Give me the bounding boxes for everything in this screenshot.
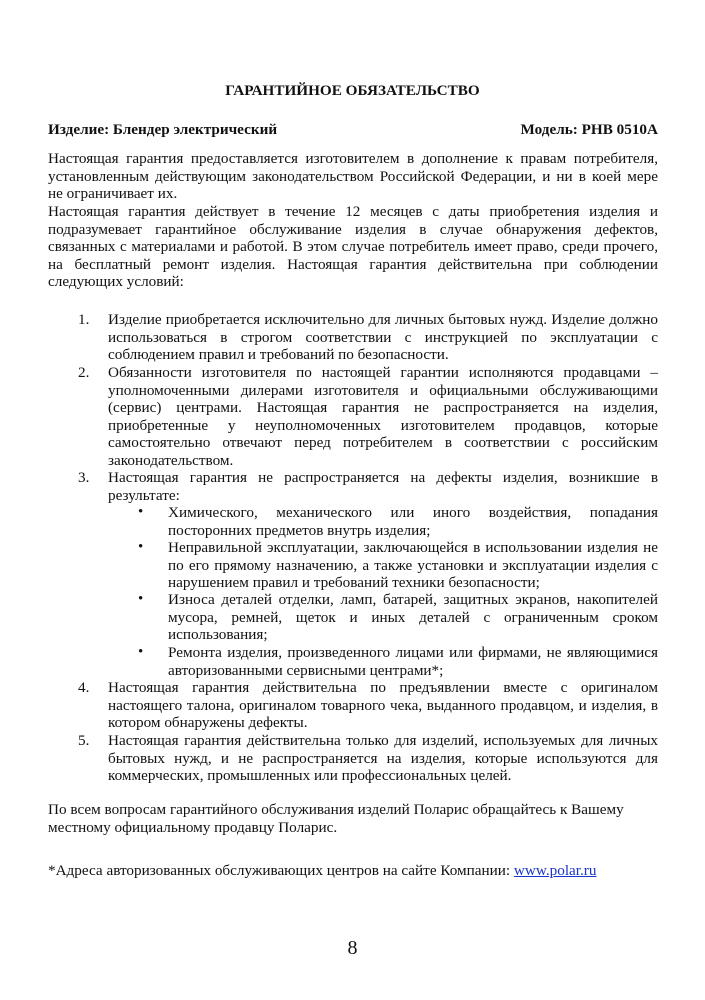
text-line: авторизованными сервисными центрами*; <box>168 662 658 680</box>
text-line: котором обнаружены дефекты. <box>108 714 658 732</box>
text-line: самостоятельно отвечают перед потребител… <box>108 434 658 452</box>
text-line: Настоящая гарантия действует в течение 1… <box>48 203 658 221</box>
text-line: законодательством. <box>108 452 658 470</box>
text-line: уполномоченными дилерами изготовителя и … <box>108 382 658 400</box>
text-line: Настоящая гарантия предоставляется изгот… <box>48 150 658 168</box>
footnote-text: *Адреса авторизованных обслуживающих цен… <box>48 862 514 879</box>
page-number: 8 <box>0 937 705 960</box>
text-line: следующих условий: <box>48 273 658 291</box>
text-line: (сервис) центрами. Настоящая гарантия не… <box>108 399 658 417</box>
text-line: на бесплатный ремонт изделия. Настоящая … <box>48 256 658 274</box>
text-line: по его прямому назначению, а также устан… <box>168 557 658 575</box>
text-line: подразумевает гарантийное обслуживание и… <box>48 221 658 239</box>
text-line: настоящего талона, оригиналом товарного … <box>108 697 658 715</box>
text-line: не ограничивает их. <box>48 185 658 203</box>
text-line: соблюдением правил и требований по безоп… <box>108 346 658 364</box>
bullet-icon: • <box>138 591 152 608</box>
condition-number: 1. <box>78 311 102 329</box>
condition-number: 3. <box>78 469 102 487</box>
text-line: местному официальному продавцу Поларис. <box>48 819 658 837</box>
text-line: Неправильной эксплуатации, заключающейся… <box>168 539 658 557</box>
product-label: Изделие: Блендер электрический <box>48 121 277 139</box>
condition-number: 4. <box>78 679 102 697</box>
text-line: коммерческих, промышленных или профессио… <box>108 767 658 785</box>
intro-paragraph-2: Настоящая гарантия действует в течение 1… <box>48 203 658 291</box>
document-page: ГАРАНТИЙНОЕ ОБЯЗАТЕЛЬСТВО Изделие: Бленд… <box>0 0 705 1000</box>
text-line: Настоящая гарантия действительна только … <box>108 732 658 750</box>
product-header: Изделие: Блендер электрический Модель: P… <box>48 121 658 139</box>
text-line: бытовых нужд, и не распространяется на и… <box>108 750 658 768</box>
text-line: Химического, механического или иного воз… <box>168 504 658 522</box>
intro-paragraph-1: Настоящая гарантия предоставляется изгот… <box>48 150 658 203</box>
text-line: По всем вопросам гарантийного обслуживан… <box>48 801 658 819</box>
text-line: Настоящая гарантия действительна по пред… <box>108 679 658 697</box>
contact-paragraph: По всем вопросам гарантийного обслуживан… <box>48 801 658 836</box>
text-line: результате: <box>108 487 658 505</box>
text-line: посторонних предметов внутрь изделия; <box>168 522 658 540</box>
text-line: мусора, ремней, щеток и иных деталей с о… <box>168 609 658 627</box>
bullet-icon: • <box>138 504 152 521</box>
text-line: использования; <box>168 626 658 644</box>
text-line: Обязанности изготовителя по настоящей га… <box>108 364 658 382</box>
text-line: Настоящая гарантия не распространяется н… <box>108 469 658 487</box>
text-line: Износа деталей отделки, ламп, батарей, з… <box>168 591 658 609</box>
text-line: Ремонта изделия, произведенного лицами и… <box>168 644 658 662</box>
text-line: нарушением правил и требований техники б… <box>168 574 658 592</box>
bullet-icon: • <box>138 539 152 556</box>
condition-number: 5. <box>78 732 102 750</box>
bullet-icon: • <box>138 644 152 661</box>
text-line: использоваться в строгом соответствии с … <box>108 329 658 347</box>
condition-number: 2. <box>78 364 102 382</box>
footnote: *Адреса авторизованных обслуживающих цен… <box>48 862 658 880</box>
text-line: установленным действующим законодательст… <box>48 168 658 186</box>
polar-website-link[interactable]: www.polar.ru <box>514 862 597 879</box>
text-line: Изделие приобретается исключительно для … <box>108 311 658 329</box>
text-line: приобретенные у неуполномоченных изготов… <box>108 417 658 435</box>
document-title: ГАРАНТИЙНОЕ ОБЯЗАТЕЛЬСТВО <box>0 82 705 100</box>
model-label: Модель: PHB 0510A <box>521 121 658 139</box>
text-line: связанных с материалами и работой. В это… <box>48 238 658 256</box>
